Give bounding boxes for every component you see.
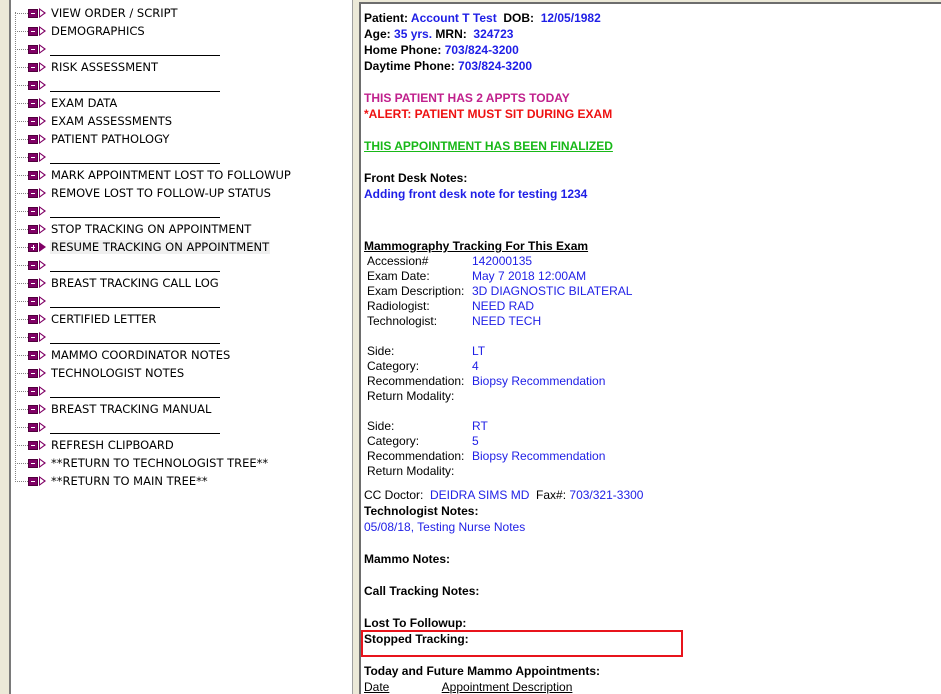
technologist-note: 05/08/18, Testing Nurse Notes	[364, 519, 643, 535]
separator-line	[50, 43, 220, 56]
separator-line	[50, 79, 220, 92]
tree-item-label: PATIENT PATHOLOGY	[50, 132, 170, 146]
tree-item-label: BREAST TRACKING MANUAL	[50, 402, 212, 416]
separator-line	[50, 331, 220, 344]
detail-row: Side:RT	[367, 419, 643, 434]
patient-row: Patient: Account T Test DOB: 12/05/1982	[364, 10, 643, 26]
detail-value: 4	[472, 359, 479, 374]
front-desk-note: Adding front desk note for testing 1234	[364, 186, 643, 202]
tree-separator[interactable]	[11, 148, 292, 166]
minus-node-icon	[28, 116, 46, 126]
tree-item-label: EXAM ASSESSMENTS	[50, 114, 173, 128]
tree-item-exam-assessments[interactable]: EXAM ASSESSMENTS	[11, 112, 292, 130]
tree-connector	[15, 175, 28, 176]
minus-node-icon	[28, 440, 46, 450]
fax-number: 703/321-3300	[569, 488, 643, 502]
tree-item-patient-pathology[interactable]: PATIENT PATHOLOGY	[11, 130, 292, 148]
separator-line	[50, 421, 220, 434]
appts-today-alert: THIS PATIENT HAS 2 APPTS TODAY	[364, 90, 643, 106]
tree-connector	[15, 337, 28, 338]
dob-label: DOB:	[503, 11, 534, 25]
separator-line	[50, 385, 220, 398]
tree-separator[interactable]	[11, 328, 292, 346]
detail-row: Category:4	[367, 359, 643, 374]
patient-dob: 12/05/1982	[541, 11, 601, 25]
tree-connector	[15, 373, 28, 374]
front-desk-notes-label: Front Desk Notes:	[364, 170, 643, 186]
tree-item-exam-data[interactable]: EXAM DATA	[11, 94, 292, 112]
detail-value: May 7 2018 12:00AM	[472, 269, 586, 284]
minus-node-icon	[28, 152, 46, 162]
tree-connector	[15, 409, 28, 410]
detail-row: Category:5	[367, 434, 643, 449]
tree-item-label: **RETURN TO TECHNOLOGIST TREE**	[50, 456, 269, 470]
tracking-title: Mammography Tracking For This Exam	[364, 238, 643, 254]
minus-node-icon	[28, 44, 46, 54]
tree-item-return-to-main-tree[interactable]: **RETURN TO MAIN TREE**	[11, 472, 292, 490]
tree-separator[interactable]	[11, 202, 292, 220]
exam-details-table: Accession#142000135Exam Date:May 7 2018 …	[367, 254, 643, 329]
tree-connector	[15, 391, 28, 392]
tree-connector	[15, 481, 28, 482]
minus-node-icon	[28, 26, 46, 36]
minus-node-icon	[28, 332, 46, 342]
tree-connector	[15, 157, 28, 158]
minus-node-icon	[28, 134, 46, 144]
tree-connector	[15, 139, 28, 140]
tree-connector	[15, 301, 28, 302]
minus-node-icon	[28, 476, 46, 486]
tree-separator[interactable]	[11, 76, 292, 94]
patient-name: Account T Test	[411, 11, 497, 25]
tree-separator[interactable]	[11, 418, 292, 436]
tree-item-breast-tracking-call-log[interactable]: BREAST TRACKING CALL LOG	[11, 274, 292, 292]
tree-item-label: BREAST TRACKING CALL LOG	[50, 276, 220, 290]
tree-connector	[15, 121, 28, 122]
daytime-phone: 703/824-3200	[458, 59, 532, 73]
detail-value: Biopsy Recommendation	[472, 449, 605, 464]
call-tracking-notes-label: Call Tracking Notes:	[364, 583, 643, 599]
tree-item-risk-assessment[interactable]: RISK ASSESSMENT	[11, 58, 292, 76]
tree-item-resume-tracking-on-appointment[interactable]: RESUME TRACKING ON APPOINTMENT	[11, 238, 292, 256]
minus-node-icon	[28, 62, 46, 72]
detail-key: Category:	[367, 359, 472, 374]
cc-doctor-row: CC Doctor: DEIDRA SIMS MD Fax#: 703/321-…	[364, 487, 643, 503]
detail-value: NEED RAD	[472, 299, 534, 314]
detail-key: Category:	[367, 434, 472, 449]
detail-row: Recommendation:Biopsy Recommendation	[367, 449, 643, 464]
home-phone: 703/824-3200	[445, 43, 519, 57]
tree-item-label: RESUME TRACKING ON APPOINTMENT	[50, 240, 270, 254]
detail-row: Radiologist:NEED RAD	[367, 299, 643, 314]
tree-connector	[15, 49, 28, 50]
detail-row: Return Modality:	[367, 389, 643, 404]
minus-node-icon	[28, 350, 46, 360]
detail-key: Return Modality:	[367, 464, 472, 479]
home-phone-label: Home Phone:	[364, 43, 441, 57]
navigation-tree: VIEW ORDER / SCRIPTDEMOGRAPHICSRISK ASSE…	[11, 4, 292, 490]
detail-key: Exam Date:	[367, 269, 472, 284]
lost-to-followup-label: Lost To Followup:	[364, 615, 643, 631]
minus-node-icon	[28, 170, 46, 180]
side-lt-table: Side:LTCategory:4Recommendation:Biopsy R…	[367, 344, 643, 404]
tree-connector	[15, 355, 28, 356]
detail-key: Accession#	[367, 254, 472, 269]
tree-item-label: REMOVE LOST TO FOLLOW-UP STATUS	[50, 186, 272, 200]
tree-item-label: TECHNOLOGIST NOTES	[50, 366, 185, 380]
plus-node-icon	[28, 242, 46, 252]
minus-node-icon	[28, 224, 46, 234]
tree-connector	[15, 85, 28, 86]
minus-node-icon	[28, 278, 46, 288]
tree-connector	[15, 229, 28, 230]
detail-row: Technologist:NEED TECH	[367, 314, 643, 329]
appointments-header: Date Appointment Description	[364, 679, 643, 694]
minus-node-icon	[28, 8, 46, 18]
tree-connector	[15, 265, 28, 266]
detail-key: Recommendation:	[367, 449, 472, 464]
minus-node-icon	[28, 98, 46, 108]
tree-item-label: MAMMO COORDINATOR NOTES	[50, 348, 231, 362]
tree-item-demographics[interactable]: DEMOGRAPHICS	[11, 22, 292, 40]
stopped-tracking-highlight-box	[361, 630, 683, 657]
tree-connector	[15, 103, 28, 104]
detail-key: Technologist:	[367, 314, 472, 329]
age-label: Age:	[364, 27, 391, 41]
fax-label: Fax#:	[536, 488, 566, 502]
detail-value: 142000135	[472, 254, 532, 269]
tree-connector	[15, 427, 28, 428]
minus-node-icon	[28, 206, 46, 216]
tree-item-label: DEMOGRAPHICS	[50, 24, 146, 38]
separator-line	[50, 259, 220, 272]
detail-key: Side:	[367, 419, 472, 434]
detail-value: LT	[472, 344, 485, 359]
mrn-label: MRN:	[435, 27, 466, 41]
tree-item-stop-tracking-on-appointment[interactable]: STOP TRACKING ON APPOINTMENT	[11, 220, 292, 238]
tree-item-mammo-coordinator-notes[interactable]: MAMMO COORDINATOR NOTES	[11, 346, 292, 364]
tree-item-label: VIEW ORDER / SCRIPT	[50, 6, 179, 20]
separator-line	[50, 205, 220, 218]
patient-mrn: 324723	[473, 27, 513, 41]
cc-doctor-label: CC Doctor:	[364, 488, 423, 502]
detail-row: Exam Description:3D DIAGNOSTIC BILATERAL	[367, 284, 643, 299]
tree-item-label: **RETURN TO MAIN TREE**	[50, 474, 209, 488]
minus-node-icon	[28, 80, 46, 90]
minus-node-icon	[28, 458, 46, 468]
detail-value: Biopsy Recommendation	[472, 374, 605, 389]
tree-separator[interactable]	[11, 40, 292, 58]
age-row: Age: 35 yrs. MRN: 324723	[364, 26, 643, 42]
tree-item-label: EXAM DATA	[50, 96, 118, 110]
daytime-phone-label: Daytime Phone:	[364, 59, 455, 73]
tree-item-label: MARK APPOINTMENT LOST TO FOLLOWUP	[50, 168, 292, 182]
tree-separator[interactable]	[11, 256, 292, 274]
patient-age: 35 yrs.	[394, 27, 432, 41]
tree-item-view-order-script[interactable]: VIEW ORDER / SCRIPT	[11, 4, 292, 22]
detail-row: Side:LT	[367, 344, 643, 359]
detail-row: Return Modality:	[367, 464, 643, 479]
minus-node-icon	[28, 404, 46, 414]
side-rt-table: Side:RTCategory:5Recommendation:Biopsy R…	[367, 419, 643, 479]
tree-connector	[15, 67, 28, 68]
detail-row: Exam Date:May 7 2018 12:00AM	[367, 269, 643, 284]
minus-node-icon	[28, 422, 46, 432]
tree-connector	[15, 283, 28, 284]
minus-node-icon	[28, 260, 46, 270]
detail-row: Recommendation:Biopsy Recommendation	[367, 374, 643, 389]
detail-key: Exam Description:	[367, 284, 472, 299]
col-appointment-description: Appointment Description	[442, 680, 573, 694]
detail-value: NEED TECH	[472, 314, 541, 329]
tree-item-label: RISK ASSESSMENT	[50, 60, 159, 74]
tree-item-label: REFRESH CLIPBOARD	[50, 438, 175, 452]
minus-node-icon	[28, 368, 46, 378]
patient-label: Patient:	[364, 11, 408, 25]
technologist-notes-label: Technologist Notes:	[364, 503, 643, 519]
detail-key: Side:	[367, 344, 472, 359]
patient-details-content: Patient: Account T Test DOB: 12/05/1982 …	[364, 10, 643, 694]
tree-connector	[15, 31, 28, 32]
appointments-title: Today and Future Mammo Appointments:	[364, 663, 643, 679]
detail-row: Accession#142000135	[367, 254, 643, 269]
tree-item-label: CERTIFIED LETTER	[50, 312, 157, 326]
tree-item-return-to-technologist-tree[interactable]: **RETURN TO TECHNOLOGIST TREE**	[11, 454, 292, 472]
detail-value: 5	[472, 434, 479, 449]
tree-connector	[15, 319, 28, 320]
tree-item-remove-lost-to-follow-up-status[interactable]: REMOVE LOST TO FOLLOW-UP STATUS	[11, 184, 292, 202]
tree-item-breast-tracking-manual[interactable]: BREAST TRACKING MANUAL	[11, 400, 292, 418]
tree-item-label: STOP TRACKING ON APPOINTMENT	[50, 222, 252, 236]
tree-connector	[15, 247, 28, 248]
mammo-notes-label: Mammo Notes:	[364, 551, 643, 567]
daytime-phone-row: Daytime Phone: 703/824-3200	[364, 58, 643, 74]
separator-line	[50, 151, 220, 164]
sit-during-exam-alert: *ALERT: PATIENT MUST SIT DURING EXAM	[364, 106, 643, 122]
tree-item-technologist-notes[interactable]: TECHNOLOGIST NOTES	[11, 364, 292, 382]
separator-line	[50, 295, 220, 308]
cc-doctor: DEIDRA SIMS MD	[430, 488, 529, 502]
detail-value: RT	[472, 419, 488, 434]
detail-key: Radiologist:	[367, 299, 472, 314]
tree-connector	[15, 193, 28, 194]
tree-item-mark-appointment-lost-to-followup[interactable]: MARK APPOINTMENT LOST TO FOLLOWUP	[11, 166, 292, 184]
col-date: Date	[364, 679, 439, 694]
tree-item-certified-letter[interactable]: CERTIFIED LETTER	[11, 310, 292, 328]
finalized-status: THIS APPOINTMENT HAS BEEN FINALIZED	[364, 138, 643, 154]
patient-details-panel: Patient: Account T Test DOB: 12/05/1982 …	[359, 2, 941, 694]
tree-connector	[15, 211, 28, 212]
tree-connector	[15, 463, 28, 464]
tree-item-refresh-clipboard[interactable]: REFRESH CLIPBOARD	[11, 436, 292, 454]
minus-node-icon	[28, 296, 46, 306]
minus-node-icon	[28, 314, 46, 324]
detail-key: Return Modality:	[367, 389, 472, 404]
tree-separator[interactable]	[11, 382, 292, 400]
detail-key: Recommendation:	[367, 374, 472, 389]
minus-node-icon	[28, 386, 46, 396]
minus-node-icon	[28, 188, 46, 198]
tree-connector	[15, 13, 28, 14]
tree-connector	[15, 445, 28, 446]
navigation-tree-panel: VIEW ORDER / SCRIPTDEMOGRAPHICSRISK ASSE…	[9, 0, 353, 694]
tree-separator[interactable]	[11, 292, 292, 310]
detail-value: 3D DIAGNOSTIC BILATERAL	[472, 284, 632, 299]
home-phone-row: Home Phone: 703/824-3200	[364, 42, 643, 58]
